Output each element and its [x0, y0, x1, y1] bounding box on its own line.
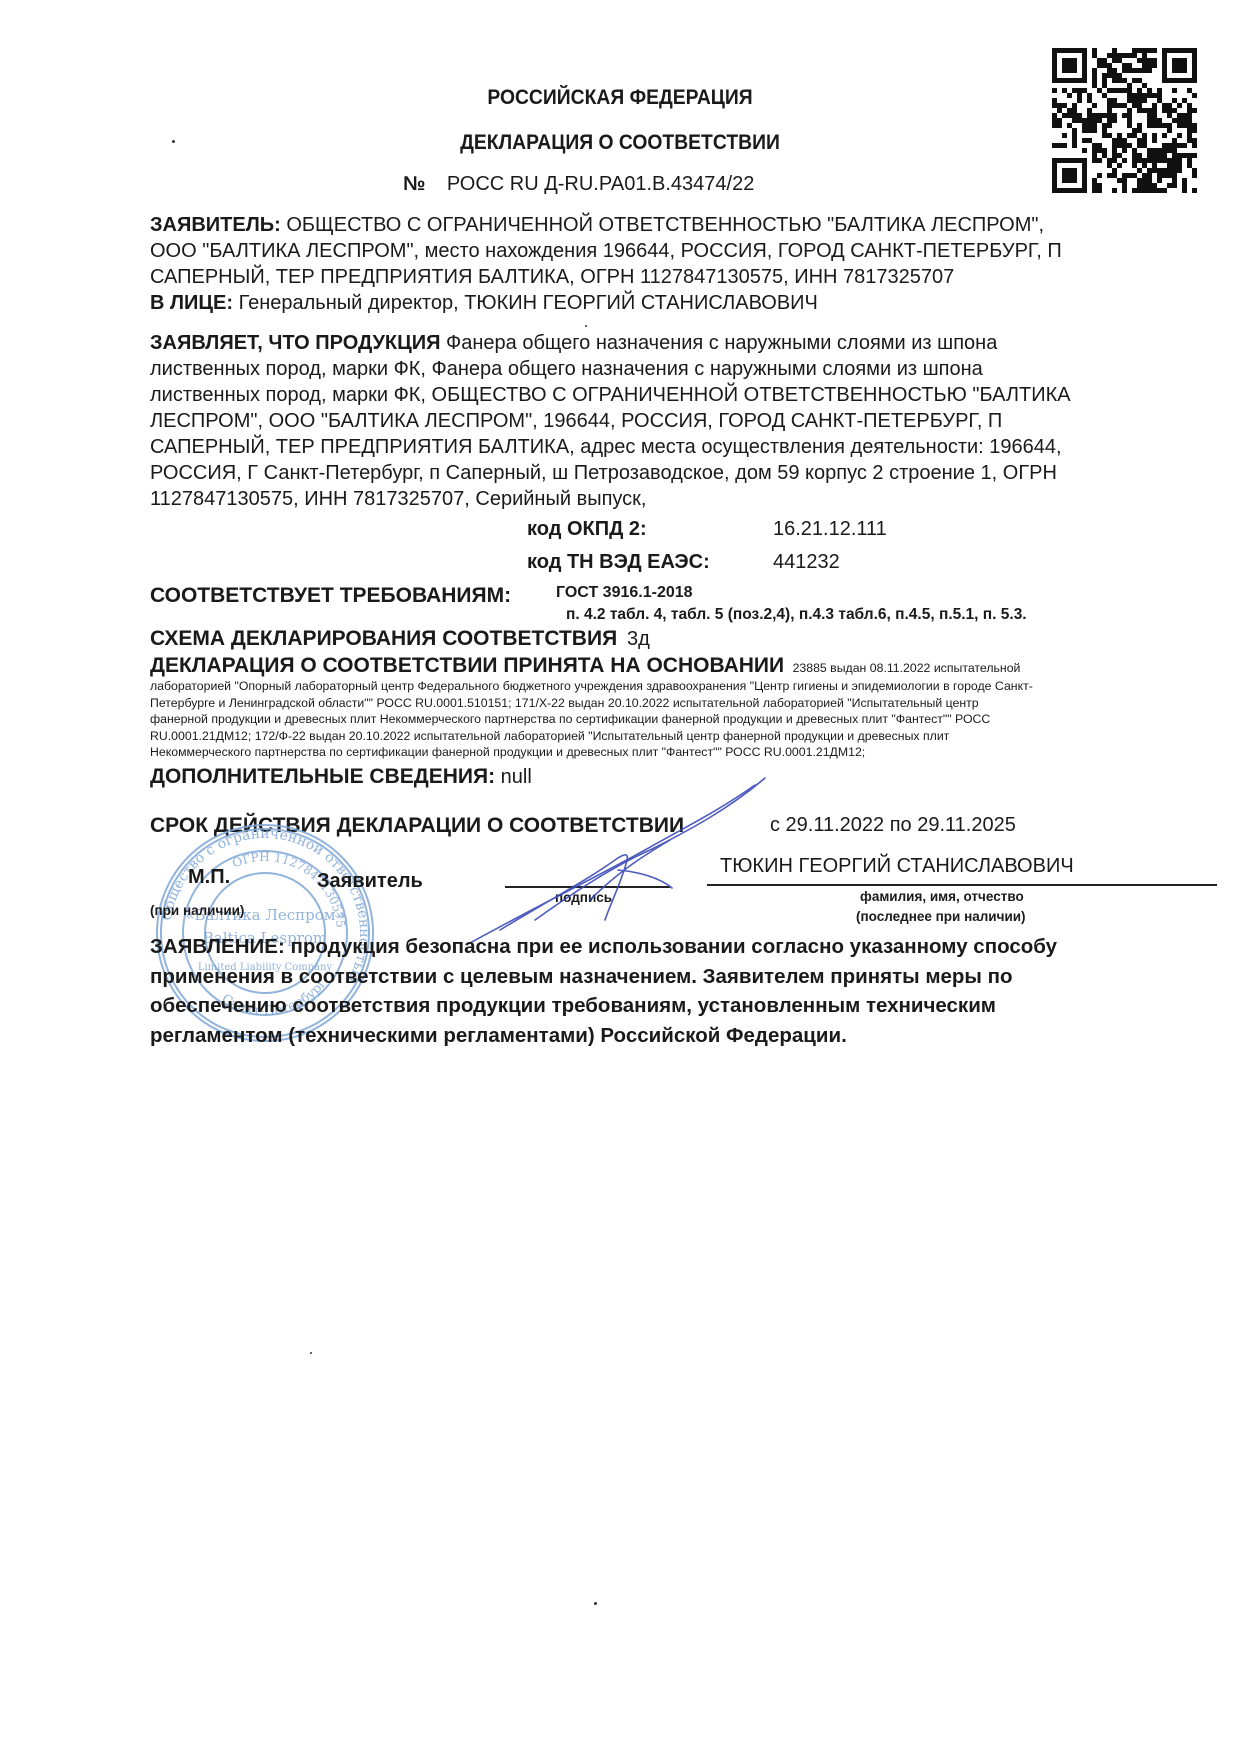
qr-code-icon	[1052, 48, 1197, 193]
name-caption: фамилия, имя, отчество	[860, 889, 1024, 904]
basis-detail-line: Петербурге и Ленинградской области"" РОС…	[150, 695, 1033, 712]
basis-first-line: 23885 выдан 08.11.2022 испытательной	[793, 661, 1021, 675]
statement-line: обеспечению соответствия продукции требо…	[150, 991, 1057, 1021]
applicant-line: ОБЩЕСТВО С ОГРАНИЧЕННОЙ ОТВЕТСТВЕННОСТЬЮ…	[281, 214, 1044, 236]
basis-detail-line: лабораторией "Опорный лабораторный центр…	[150, 678, 1033, 695]
product-line: Фанера общего назначения с наружными сло…	[441, 332, 998, 354]
basis-detail-line: фанерной продукции и древесных плит Неко…	[150, 711, 1033, 728]
statement-label: ЗАЯВЛЕНИЕ:	[150, 935, 285, 958]
representative-value: Генеральный директор, ТЮКИН ГЕОРГИЙ СТАН…	[233, 292, 818, 314]
applicant-line: ООО "БАЛТИКА ЛЕСПРОМ", место нахождения …	[150, 238, 1062, 264]
scan-speck	[594, 1602, 597, 1605]
seal-label: М.П.	[188, 866, 230, 889]
basis-label: ДЕКЛАРАЦИЯ О СООТВЕТСТВИИ ПРИНЯТА НА ОСН…	[150, 654, 784, 677]
signatory-full-name: ТЮКИН ГЕОРГИЙ СТАНИСЛАВОВИЧ	[720, 855, 1074, 878]
scan-speck	[172, 140, 175, 143]
product-label: ЗАЯВЛЯЕТ, ЧТО ПРОДУКЦИЯ	[150, 332, 441, 354]
validity-value: с 29.11.2022 по 29.11.2025	[770, 814, 1016, 837]
product-line: ЛЕСПРОМ", ООО "БАЛТИКА ЛЕСПРОМ", 196644,…	[150, 408, 1071, 434]
declaration-number: РОСС RU Д-RU.РА01.В.43474/22	[447, 173, 754, 195]
document-title: ДЕКЛАРАЦИЯ О СООТВЕТСТВИИ	[50, 131, 1191, 155]
applicant-line: САПЕРНЫЙ, ТЕР ПРЕДПРИЯТИЯ БАЛТИКА, ОГРН …	[150, 264, 1062, 290]
scheme-value: 3д	[627, 628, 650, 650]
seal-note: (при наличии)	[150, 903, 244, 918]
basis-line: ДЕКЛАРАЦИЯ О СООТВЕТСТВИИ ПРИНЯТА НА ОСН…	[150, 654, 1020, 678]
applicant-signature-label: Заявитель	[317, 870, 423, 893]
product-line: САПЕРНЫЙ, ТЕР ПРЕДПРИЯТИЯ БАЛТИКА, адрес…	[150, 434, 1071, 460]
product-line: 1127847130575, ИНН 7817325707, Серийный …	[150, 486, 1071, 512]
product-line: лиственных пород, марки ФК, ОБЩЕСТВО С О…	[150, 382, 1071, 408]
okpd-value: 16.21.12.111	[773, 518, 887, 541]
statement-line: продукция безопасна при ее использовании…	[285, 935, 1057, 958]
number-sign: №	[403, 173, 425, 195]
requirements-standard: ГОСТ 3916.1-2018	[556, 584, 693, 602]
declaration-number-line: № РОСС RU Д-RU.РА01.В.43474/22	[403, 173, 754, 196]
statement-block: ЗАЯВЛЕНИЕ: продукция безопасна при ее ис…	[150, 932, 1057, 1050]
basis-detail-line: RU.0001.21ДМ12; 172/Ф-22 выдан 20.10.202…	[150, 728, 1033, 745]
product-line: лиственных пород, марки ФК, Фанера общег…	[150, 356, 1071, 382]
statement-line: регламентом (техническими регламентами) …	[150, 1021, 1057, 1051]
scheme-label: СХЕМА ДЕКЛАРИРОВАНИЯ СООТВЕТСТВИЯ	[150, 627, 617, 650]
basis-details: лабораторией "Опорный лабораторный центр…	[150, 678, 1033, 761]
okpd-label: код ОКПД 2:	[527, 518, 647, 541]
name-caption-note: (последнее при наличии)	[856, 909, 1026, 924]
product-line: РОССИЯ, Г Санкт-Петербург, п Саперный, ш…	[150, 460, 1071, 486]
applicant-label: ЗАЯВИТЕЛЬ:	[150, 214, 281, 236]
representative-label: В ЛИЦЕ:	[150, 292, 233, 314]
product-block: ЗАЯВЛЯЕТ, ЧТО ПРОДУКЦИЯ Фанера общего на…	[150, 330, 1071, 512]
country-heading: РОССИЙСКАЯ ФЕДЕРАЦИЯ	[50, 86, 1191, 110]
scan-speck	[310, 1352, 312, 1354]
applicant-block: ЗАЯВИТЕЛЬ: ОБЩЕСТВО С ОГРАНИЧЕННОЙ ОТВЕТ…	[150, 212, 1062, 316]
scheme-line: СХЕМА ДЕКЛАРИРОВАНИЯ СООТВЕТСТВИЯ 3д	[150, 627, 650, 651]
declaration-page: РОССИЙСКАЯ ФЕДЕРАЦИЯ ДЕКЛАРАЦИЯ О СООТВЕ…	[0, 0, 1240, 1755]
scan-speck	[585, 325, 587, 327]
tnved-value: 441232	[773, 551, 840, 574]
basis-detail-line: Некоммерческого партнерства по сертифика…	[150, 744, 1033, 761]
tnved-label: код ТН ВЭД ЕАЭС:	[527, 551, 710, 574]
name-line	[707, 884, 1217, 886]
requirements-clauses: п. 4.2 табл. 4, табл. 5 (поз.2,4), п.4.3…	[566, 606, 1027, 624]
handwritten-signature-icon	[440, 760, 770, 950]
requirements-label: СООТВЕТСТВУЕТ ТРЕБОВАНИЯМ:	[150, 584, 511, 608]
statement-line: применения в соответствии с целевым назн…	[150, 962, 1057, 992]
